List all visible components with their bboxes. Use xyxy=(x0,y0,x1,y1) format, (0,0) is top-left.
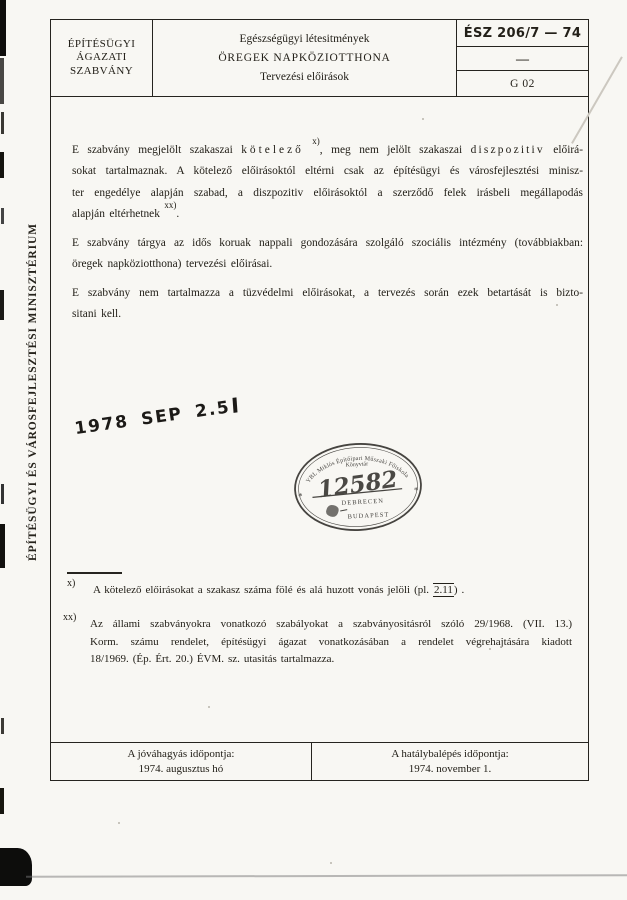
footnote-line: 18/1969. (Ép. Ért. 20.) ÉVM. sz. utasitá… xyxy=(90,651,572,669)
paragraph-line: sokat tartalmaznak. A kötelező előirások… xyxy=(72,161,583,182)
paragraph-line: E szabvány tárgya az idős koruak nappali… xyxy=(72,233,583,254)
text-run: előirá- xyxy=(545,144,583,156)
header-table: ÉPÍTÉSÜGYI ÁGAZATI SZABVÁNY Egészségügyi… xyxy=(51,20,588,97)
paragraph-subject: E szabvány tárgya az idős koruak nappali… xyxy=(72,233,583,276)
section-reference: 2.11 xyxy=(433,583,454,597)
stamp-unit-text: Könyvtár xyxy=(345,461,368,468)
scan-edge-mark xyxy=(1,112,4,134)
footnote-marker-xx: xx) xyxy=(164,200,176,210)
effective-date-cell: A hatálybalépés időpontja: 1974. novembe… xyxy=(311,743,588,780)
footnote-marker-x: x) xyxy=(312,136,320,146)
paragraph-line: sitani kell. xyxy=(72,304,583,325)
scan-edge-mark xyxy=(0,0,6,56)
stamp-handwritten-number: 12582 xyxy=(316,466,399,504)
scan-speck xyxy=(118,822,120,824)
header-category: Egészségügyi létesitmények xyxy=(240,30,370,49)
scan-speck xyxy=(422,118,424,120)
footnote-x-label: x) xyxy=(67,578,75,589)
footnote-xx-text: Az állami szabványokra vonatkozó szabály… xyxy=(90,616,572,669)
header-left-line1: ÉPÍTÉSÜGYI xyxy=(68,38,136,52)
footnote-separator-rule xyxy=(67,572,122,574)
text-run: ) . xyxy=(454,584,464,596)
approval-table: A jóváhagyás időpontja: 1974. augusztus … xyxy=(51,742,588,780)
emphasized-word: diszpozitiv xyxy=(471,144,545,156)
footnote-line: Korm. számu rendelet, építésügyi ágazat … xyxy=(90,634,572,652)
document-subtitle: Tervezési előirások xyxy=(260,68,349,87)
approval-date-label: A jóváhagyás időpontja: xyxy=(128,747,235,762)
paragraph-scope: E szabvány megjelölt szakaszai kötelező … xyxy=(72,140,583,226)
text-run: A kötelező előirásokat a szakasz száma f… xyxy=(93,584,433,596)
scan-speck xyxy=(556,304,558,306)
text-run: alapján eltérhetnek xyxy=(72,208,164,220)
scan-speck xyxy=(330,862,332,864)
effective-date-label: A hatálybalépés időpontja: xyxy=(391,747,508,762)
footnote-line: Az állami szabványokra vonatkozó szabály… xyxy=(90,616,572,634)
scan-corner-blob xyxy=(0,848,32,886)
effective-date-value: 1974. november 1. xyxy=(409,762,491,777)
footnote-x-text: A kötelező előirásokat a szakasz száma f… xyxy=(93,582,568,600)
stamp-city-debrecen: DEBRECEN xyxy=(341,498,384,507)
scan-speck xyxy=(208,706,210,708)
header-standard-type: ÉPÍTÉSÜGYI ÁGAZATI SZABVÁNY xyxy=(51,20,153,96)
margin-ministry-label: ÉPÍTÉSÜGYI ÉS VÁROSFEJLESZTÉSI MINISZTÉR… xyxy=(27,223,39,561)
scan-edge-mark xyxy=(1,718,4,734)
approval-date-cell: A jóváhagyás időpontja: 1974. augusztus … xyxy=(51,743,311,780)
text-run: , meg nem jelölt szakaszai xyxy=(320,144,471,156)
paragraph-line: alapján eltérhetnek xx). xyxy=(72,204,583,225)
header-title-block: Egészségügyi létesitmények ÖREGEK NAPKÖZ… xyxy=(153,20,456,96)
scan-edge-mark xyxy=(0,524,5,568)
paragraph-line: öregek napköziotthona) tervezési előirás… xyxy=(72,254,583,275)
stamp-star-left: * xyxy=(298,491,304,501)
document-title: ÖREGEK NAPKÖZIOTTHONA xyxy=(218,49,390,68)
stamp-star-right: * xyxy=(414,485,420,495)
scan-edge-mark xyxy=(0,58,4,104)
library-oval-stamp: YBL Miklós Építőipari Műszaki Főiskola K… xyxy=(290,438,427,537)
scan-edge-mark xyxy=(0,788,4,814)
scan-speck xyxy=(575,168,577,170)
text-run: . xyxy=(176,208,179,220)
scanned-standard-document-page: ÉPÍTÉSÜGYI ÉS VÁROSFEJLESZTÉSI MINISZTÉR… xyxy=(0,0,627,900)
header-code-block: ÉSZ 206/7 — 74 — G 02 xyxy=(456,20,588,96)
scan-speck xyxy=(489,648,491,650)
scan-edge-mark xyxy=(0,290,4,320)
standard-number: ÉSZ 206/7 — 74 xyxy=(457,20,588,47)
scan-bottom-line xyxy=(26,874,627,878)
paragraph-line: E szabvány megjelölt szakaszai kötelező … xyxy=(72,140,583,161)
approval-date-value: 1974. augusztus hó xyxy=(139,762,224,777)
classification-code: G 02 xyxy=(457,71,588,96)
standard-revision-dash: — xyxy=(457,47,588,71)
stamp-city-budapest: BUDAPEST xyxy=(347,511,389,520)
footnote-xx-label: xx) xyxy=(63,612,76,623)
text-run: E szabvány megjelölt szakaszai xyxy=(72,144,241,156)
header-left-line3: SZABVÁNY xyxy=(70,65,133,79)
header-left-line2: ÁGAZATI xyxy=(76,51,126,65)
paragraph-line: ter engedélye alapján szabad, a diszpozi… xyxy=(72,183,583,204)
scan-edge-mark xyxy=(1,484,4,504)
scan-edge-mark xyxy=(1,208,4,224)
paragraph-line: E szabvány nem tartalmazza a tüzvédelmi … xyxy=(72,283,583,304)
scan-edge-mark xyxy=(0,152,4,178)
emphasized-word: kötelező xyxy=(241,144,304,156)
paragraph-exclusion: E szabvány nem tartalmazza a tüzvédelmi … xyxy=(72,283,583,326)
